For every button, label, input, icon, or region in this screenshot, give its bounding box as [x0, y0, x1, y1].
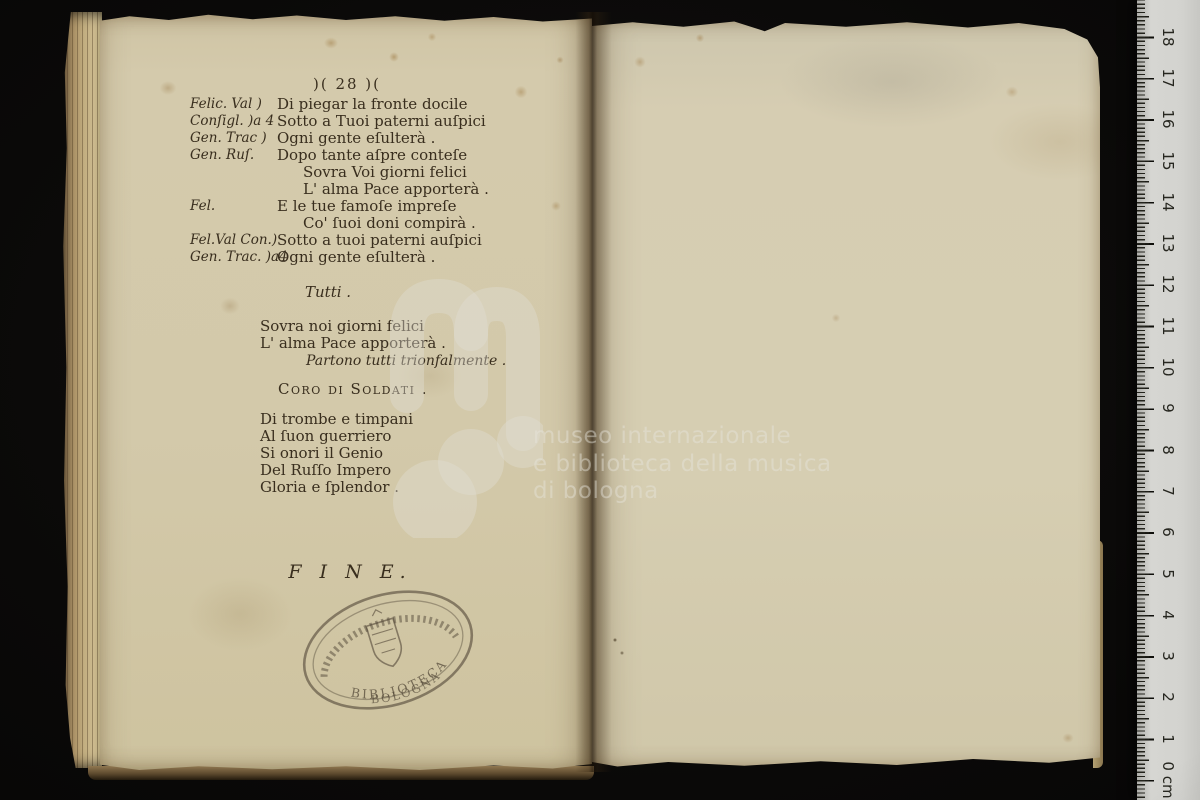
speaker-label: Fel.Val Con.) [190, 232, 277, 249]
verse-text: Ogni gente eſulterà . [277, 249, 435, 266]
script-line: Gen. Trac )Ogni gente eſulterà . [190, 130, 550, 147]
ruler-label: 1 [1159, 734, 1177, 744]
verse-text: Sotto a tuoi paterni auſpici [277, 232, 482, 249]
verse-text: Del Ruſſo Impero [260, 462, 413, 479]
verse-text: Di trombe e timpani [260, 411, 413, 428]
script-line: Sovra Voi giorni felici [190, 164, 550, 181]
verse-text: Gloria e ſplendor . [260, 479, 413, 496]
stamp-shield-icon [362, 606, 406, 671]
ruler-label: 6 [1159, 527, 1177, 537]
chorus-heading: Coro di Soldati . [278, 381, 428, 398]
verse-text: Sotto a Tuoi paterni auſpici [277, 113, 486, 130]
script-line: Felic. Val )Di piegar la fronte docile [190, 96, 550, 113]
speaker-label: Felic. Val ) [190, 96, 262, 113]
script-line: Co' ſuoi doni compirà . [190, 215, 550, 232]
tutti-heading: Tutti . [305, 284, 395, 301]
ruler-label: 10 [1159, 357, 1177, 376]
tutti-stanza: Sovra noi giorni feliciL' alma Pace appo… [260, 318, 446, 352]
page-number: )( 28 )( [197, 76, 497, 93]
chorus-stanza: Di trombe e timpaniAl ſuon guerrieroSi o… [260, 411, 413, 496]
ruler-label: 16 [1159, 110, 1177, 129]
ruler-label: 9 [1159, 404, 1177, 414]
ruler-label: 8 [1159, 445, 1177, 455]
library-stamp: BIBLIOTECA BOLOGNA [278, 560, 498, 740]
script-line: Conſigl. )a 4Sotto a Tuoi paterni auſpic… [190, 113, 550, 130]
verse-text: Si onori il Genio [260, 445, 413, 462]
ruler-label: 0 cm [1159, 761, 1177, 798]
verse-text: L' alma Pace apporterà . [303, 181, 489, 198]
verse-text: Ogni gente eſulterà . [277, 130, 435, 147]
speaker-label: Gen. Trac. )a4 [190, 249, 288, 266]
script-line: L' alma Pace apporterà . [190, 181, 550, 198]
verse-text: Dopo tante aſpre conteſe [277, 147, 467, 164]
right-page-blank [592, 20, 1100, 768]
left-page-edge-stack [62, 12, 102, 768]
ruler-label: 5 [1159, 569, 1177, 579]
ruler-label: 4 [1159, 610, 1177, 620]
printed-page-content: )( 28 )( Felic. Val )Di piegar la fronte… [100, 14, 592, 770]
verse-text: Di piegar la fronte docile [277, 96, 467, 113]
script-line: Fel.E le tue famoſe impreſe [190, 198, 550, 215]
ruler-label: 7 [1159, 486, 1177, 496]
stage-direction: Partono tutti trionfalmente . [306, 353, 506, 370]
script-line: Fel.Val Con.)Sotto a tuoi paterni auſpic… [190, 232, 550, 249]
ruler-label: 18 [1159, 27, 1177, 46]
ruler-label: 12 [1159, 275, 1177, 294]
speaker-label: Fel. [190, 198, 215, 215]
ruler-label: 3 [1159, 651, 1177, 661]
ruler-label: 11 [1159, 316, 1177, 335]
script-line: Gen. Trac. )a4Ogni gente eſulterà . [190, 249, 550, 266]
verse-text: E le tue famoſe impreſe [277, 198, 457, 215]
verse-text: Sovra noi giorni felici [260, 318, 446, 335]
script-line: Gen. Ruſ.Dopo tante aſpre conteſe [190, 147, 550, 164]
ruler-label: 15 [1159, 151, 1177, 170]
ruler-label: 14 [1159, 192, 1177, 211]
speaker-label: Conſigl. )a 4 [190, 113, 274, 130]
ruler-label: 13 [1159, 234, 1177, 253]
speaker-label: Gen. Ruſ. [190, 147, 254, 164]
speaker-label: Gen. Trac ) [190, 130, 267, 147]
verse-text: Sovra Voi giorni felici [303, 164, 467, 181]
ruler-label: 2 [1159, 693, 1177, 703]
verse-text: Co' ſuoi doni compirà . [303, 215, 476, 232]
measuring-ruler: 0 cm123456789101112131415161718 [1137, 0, 1200, 800]
verse-text: L' alma Pace apporterà . [260, 335, 446, 352]
script-lines: Felic. Val )Di piegar la fronte docileCo… [190, 96, 550, 266]
ruler-label: 17 [1159, 68, 1177, 87]
verse-text: Al ſuon guerriero [260, 428, 413, 445]
photo-backdrop: )( 28 )( Felic. Val )Di piegar la fronte… [0, 0, 1200, 800]
